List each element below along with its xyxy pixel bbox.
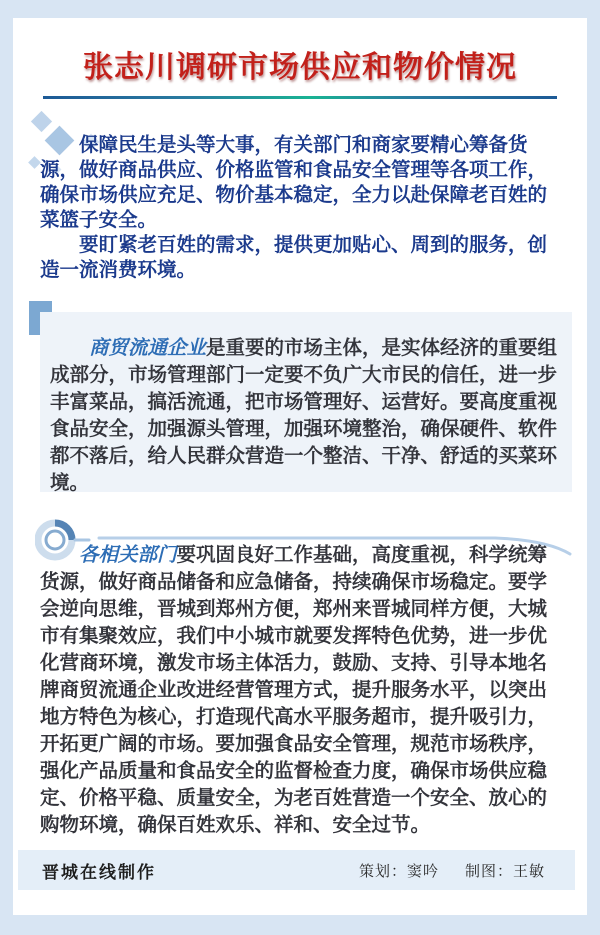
quote-section-first: 保障民生是头等大事，有关部门和商家要精心筹备货源，做好商品供应、价格监管和食品安… (40, 132, 562, 282)
quote-section-third: 各相关部门要巩固良好工作基础，高度重视，科学统筹货源，做好商品储备和应急储备，持… (40, 541, 562, 838)
lead-in-phrase: 商贸流通企业 (89, 336, 206, 359)
footer-bar: 晋城在线制作 策划：窦吟制图：王敏 (18, 850, 575, 890)
quote-body-text: 是重要的市场主体，是实体经济的重要组成部分，市场管理部门一定要不负广大市民的信任… (50, 336, 557, 494)
lead-in-phrase: 各相关部门 (79, 543, 177, 566)
diamond-icon (31, 111, 52, 132)
drawing-credit: 制图：王敏 (465, 862, 545, 880)
quote-paragraph: 要盯紧老百姓的需求，提供更加贴心、周到的服务，创造一流消费环境。 (40, 232, 562, 282)
poster-card: 张志川调研市场供应和物价情况 保障民生是头等大事，有关部门和商家要精心筹备货源，… (13, 18, 587, 915)
planning-credit: 策划：窦吟 (359, 862, 439, 880)
quote-paragraph: 各相关部门要巩固良好工作基础，高度重视，科学统筹货源，做好商品储备和应急储备，持… (40, 541, 562, 838)
quote-body-text: 要巩固良好工作基础，高度重视，科学统筹货源，做好商品储备和应急储备，持续确保市场… (40, 543, 547, 836)
page-title: 张志川调研市场供应和物价情况 (13, 42, 587, 86)
title-divider-line (43, 96, 557, 99)
diamond-icon (28, 156, 41, 169)
quote-paragraph: 商贸流通企业是重要的市场主体，是实体经济的重要组成部分，市场管理部门一定要不负广… (50, 334, 562, 496)
credits: 策划：窦吟制图：王敏 (359, 860, 545, 881)
producer-label: 晋城在线制作 (42, 858, 156, 883)
quote-section-second: 商贸流通企业是重要的市场主体，是实体经济的重要组成部分，市场管理部门一定要不负广… (40, 312, 572, 492)
infographic-page: { "header": { "title": "张志川调研市场供应和物价情况" … (0, 0, 600, 935)
quote-paragraph: 保障民生是头等大事，有关部门和商家要精心筹备货源，做好商品供应、价格监管和食品安… (40, 132, 562, 232)
